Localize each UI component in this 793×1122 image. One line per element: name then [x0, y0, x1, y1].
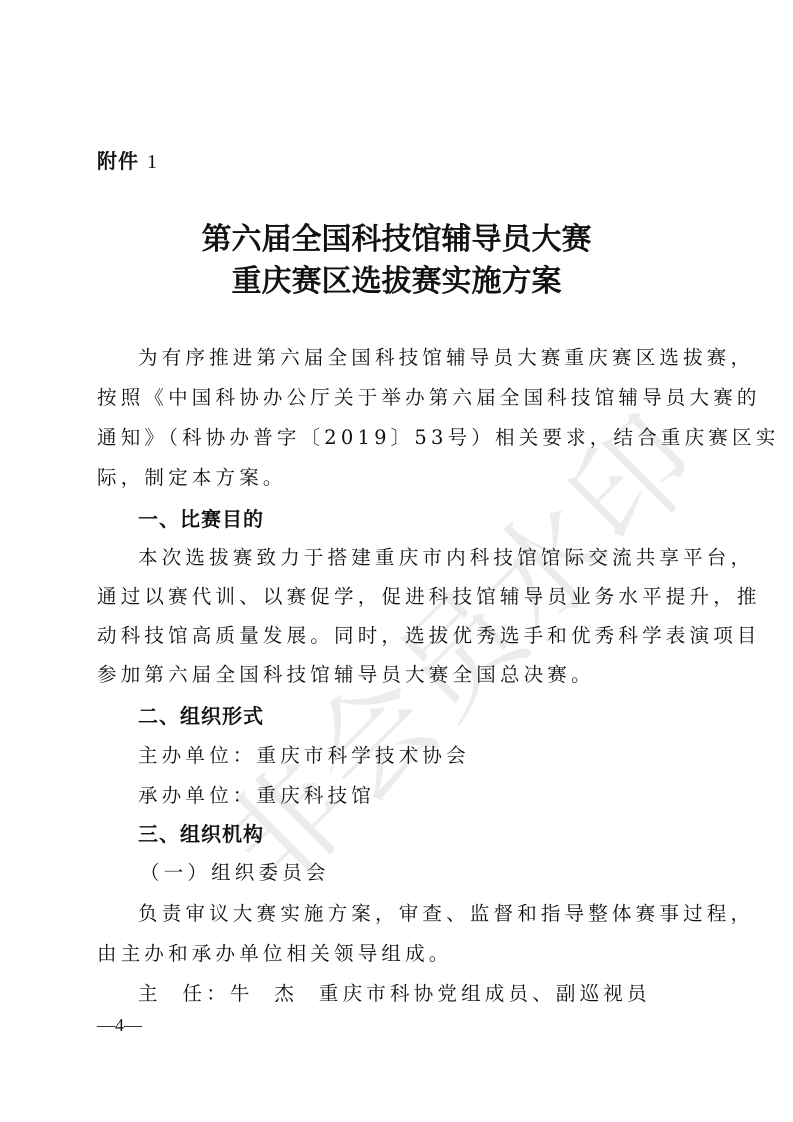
document-title-line2: 重庆赛区选拔赛实施方案	[0, 256, 793, 300]
section1-line: 本次选拔赛致力于搭建重庆市内科技馆馆际交流共享平台，	[138, 542, 738, 570]
section1-line: 参加第六届全国科技馆辅导员大赛全国总决赛。	[97, 659, 697, 687]
section1-line: 动科技馆高质量发展。同时，选拔优秀选手和优秀科学表演项目	[97, 620, 697, 648]
section3-line: 由主办和承办单位相关领导组成。	[97, 938, 697, 966]
section1-line: 通过以赛代训、以赛促学，促进科技馆辅导员业务水平提升，推	[97, 581, 697, 609]
section-heading: 一、比赛目的	[138, 503, 738, 532]
page-number: —4—	[97, 1015, 142, 1036]
section-heading: 三、组织机构	[138, 818, 738, 847]
attachment-label: 附件 1	[97, 145, 158, 174]
organizer-unit: 承办单位：重庆科技馆	[138, 780, 738, 808]
section3-line: 负责审议大赛实施方案，审查、监督和指导整体赛事过程，	[138, 898, 738, 926]
intro-line: 按照《中国科协办公厅关于举办第六届全国科技馆辅导员大赛的	[97, 382, 697, 410]
director-line: 主 任：牛 杰 重庆市科协党组成员、副巡视员	[138, 978, 738, 1006]
document-page: 非会员水印 附件 1 第六届全国科技馆辅导员大赛 重庆赛区选拔赛实施方案 为有序…	[0, 0, 793, 1122]
intro-line: 为有序推进第六届全国科技馆辅导员大赛重庆赛区选拔赛，	[138, 342, 738, 370]
host-unit: 主办单位：重庆市科学技术协会	[138, 740, 738, 768]
document-title-line1: 第六届全国科技馆辅导员大赛	[0, 214, 793, 258]
intro-line: 际，制定本方案。	[97, 462, 697, 490]
attachment-number: 1	[147, 151, 158, 173]
section-heading: 二、组织形式	[138, 700, 738, 729]
subsection-heading: （一）组织委员会	[140, 857, 740, 885]
intro-line: 通知》（科协办普字〔2019〕53号）相关要求，结合重庆赛区实	[97, 422, 697, 450]
attachment-text: 附件	[97, 149, 139, 173]
